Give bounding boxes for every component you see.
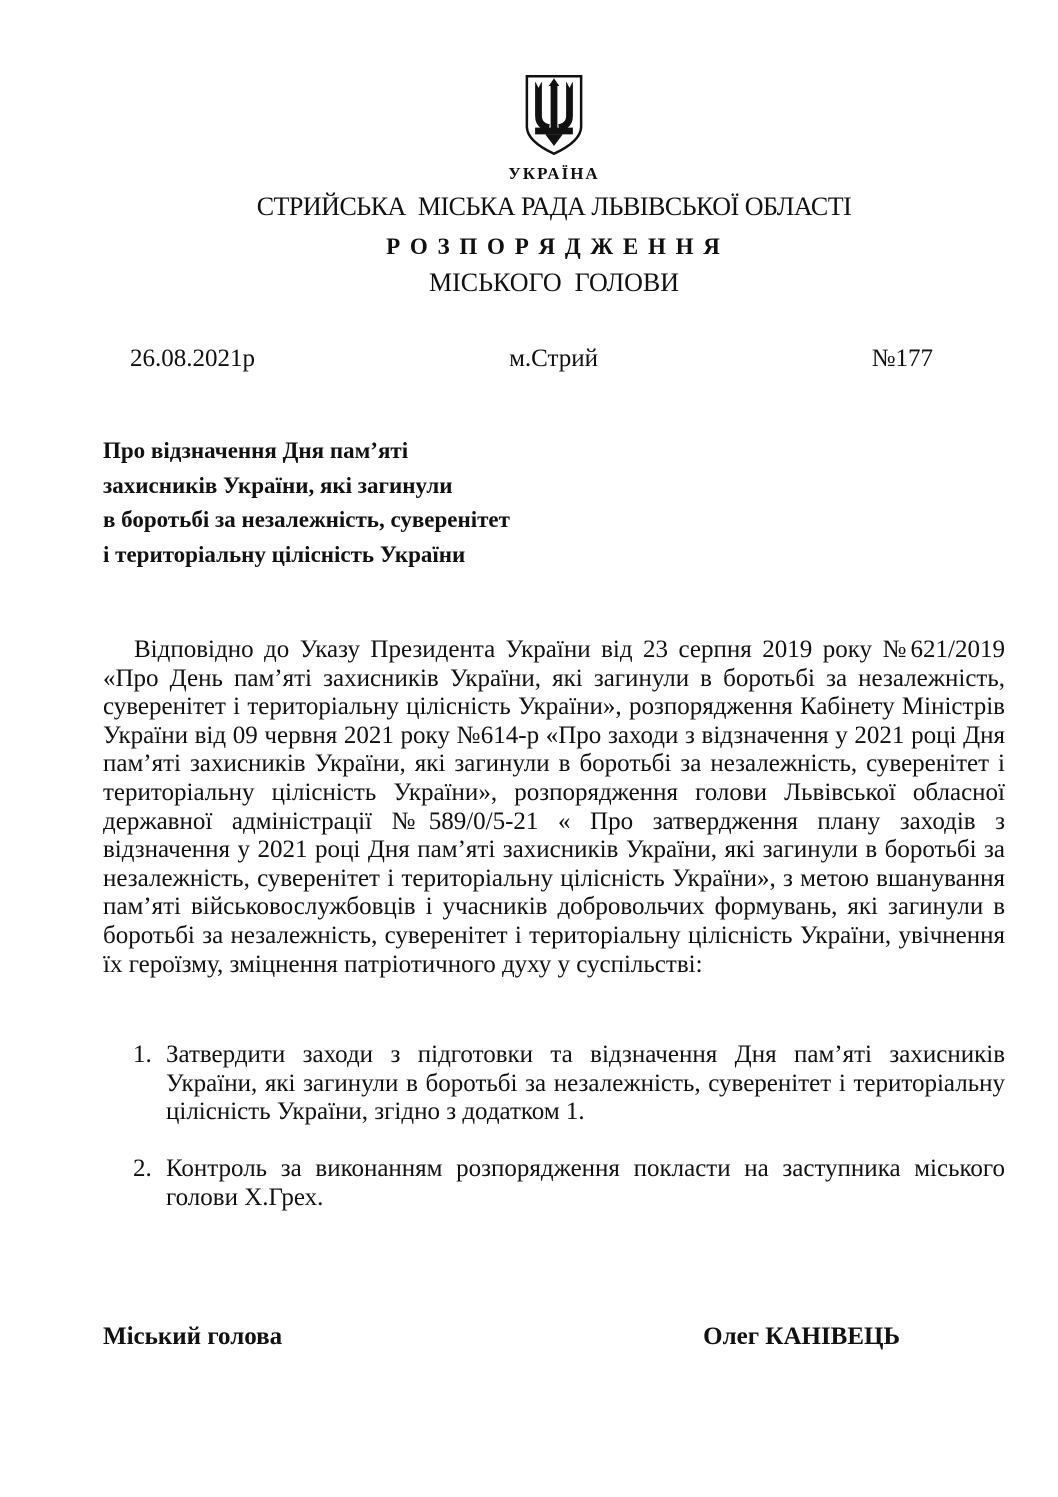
organization-name: СТРИЙСЬКА МІСЬКА РАДА ЛЬВІВСЬКОЇ ОБЛАСТІ (103, 193, 1005, 221)
list-item-number: 2. (133, 1155, 166, 1212)
subject-line: в боротьбі за незалежність, суверенітет (103, 503, 1005, 538)
subject-line: захисників України, які загинули (103, 469, 1005, 504)
list-item-text: Контроль за виконанням розпорядження пок… (166, 1155, 1005, 1212)
document-place: м.Стрий (403, 345, 703, 373)
meta-row: 26.08.2021р м.Стрий №177 (103, 345, 1005, 373)
document-number: №177 (704, 345, 1005, 373)
country-label: УКРАЇНА (103, 164, 1005, 184)
subject-line: і територіальну цілісність України (103, 538, 1005, 573)
subject-block: Про відзначення Дня пам’яті захисників У… (103, 434, 1005, 572)
coat-of-arms-icon (103, 0, 1005, 157)
list-item: 1. Затвердити заходи з підготовки та від… (133, 1041, 1005, 1127)
signatory-position: Міський голова (103, 1322, 282, 1351)
document-page: УКРАЇНА СТРИЙСЬКА МІСЬКА РАДА ЛЬВІВСЬКОЇ… (0, 0, 1058, 1497)
subject-line: Про відзначення Дня пам’яті (103, 434, 1005, 469)
document-date: 26.08.2021р (103, 345, 403, 373)
signatory-name: Олег КАНІВЕЦЬ (703, 1322, 900, 1351)
document-issuer: МІСЬКОГО ГОЛОВИ (103, 269, 1005, 297)
resolution-items: 1. Затвердити заходи з підготовки та від… (103, 1041, 1005, 1212)
list-item-text: Затвердити заходи з підготовки та відзна… (166, 1041, 1005, 1127)
list-item-number: 1. (133, 1041, 166, 1127)
preamble-paragraph: Відповідно до Указу Президента України в… (103, 636, 1005, 979)
signature-row: Міський голова Олег КАНІВЕЦЬ (103, 1322, 1005, 1351)
document-type-title: Р О З П О Р Я Д Ж Е Н Н Я (103, 234, 1005, 260)
document-header: УКРАЇНА СТРИЙСЬКА МІСЬКА РАДА ЛЬВІВСЬКОЇ… (103, 0, 1005, 297)
list-item: 2. Контроль за виконанням розпорядження … (133, 1155, 1005, 1212)
